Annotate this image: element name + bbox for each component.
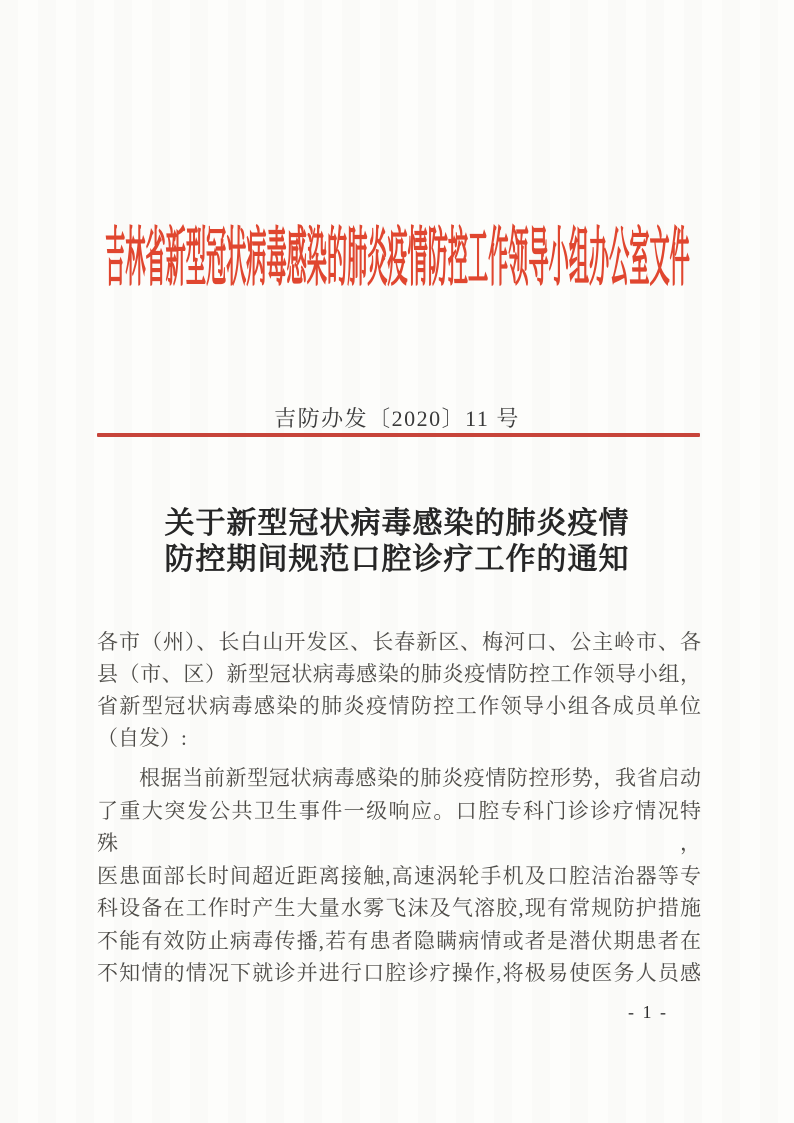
red-letterhead-banner: 吉林省新型冠状病毒感染的肺炎疫情防控工作领导小组办公室文件 — [0, 222, 794, 288]
letterhead-title: 吉林省新型冠状病毒感染的肺炎疫情防控工作领导小组办公室文件 — [105, 209, 690, 301]
body-line: 不能有效防止病毒传播,若有患者隐瞒病情或者是潜伏期患者在 — [97, 925, 701, 958]
salutation-line: 省新型冠状病毒感染的肺炎疫情防控工作领导小组各成员单位 — [97, 690, 701, 722]
salutation-line: 县（市、区）新型冠状病毒感染的肺炎疫情防控工作领导小组， — [97, 658, 701, 690]
salutation-paragraph: 各市（州）、长白山开发区、长春新区、梅河口、公主岭市、各 县（市、区）新型冠状病… — [97, 626, 701, 754]
body-line: 医患面部长时间超近距离接触,高速涡轮手机及口腔洁治器等专 — [97, 860, 701, 893]
body-line: 了重大突发公共卫生事件一级响应。口腔专科门诊诊疗情况特殊， — [97, 795, 701, 860]
notice-title-line-2: 防控期间规范口腔诊疗工作的通知 — [0, 542, 794, 578]
body-line: 根据当前新型冠状病毒感染的肺炎疫情防控形势，我省启动 — [97, 762, 701, 795]
document-page: 吉林省新型冠状病毒感染的肺炎疫情防控工作领导小组办公室文件 吉防办发〔2020〕… — [0, 0, 794, 1123]
notice-title: 关于新型冠状病毒感染的肺炎疫情 防控期间规范口腔诊疗工作的通知 — [0, 506, 794, 578]
salutation-line: 各市（州）、长白山开发区、长春新区、梅河口、公主岭市、各 — [97, 626, 701, 658]
salutation-line: （自发）: — [97, 722, 701, 754]
body-line: 科设备在工作时产生大量水雾飞沫及气溶胶,现有常规防护措施 — [97, 892, 701, 925]
notice-title-line-1: 关于新型冠状病毒感染的肺炎疫情 — [0, 506, 794, 542]
red-divider-line — [97, 433, 700, 437]
body-paragraph: 根据当前新型冠状病毒感染的肺炎疫情防控形势，我省启动 了重大突发公共卫生事件一级… — [97, 762, 701, 990]
document-reference-number: 吉防办发〔2020〕11 号 — [0, 402, 794, 433]
page-number: - 1 - — [600, 1002, 696, 1023]
body-line: 不知情的情况下就诊并进行口腔诊疗操作,将极易使医务人员感 — [97, 957, 701, 990]
